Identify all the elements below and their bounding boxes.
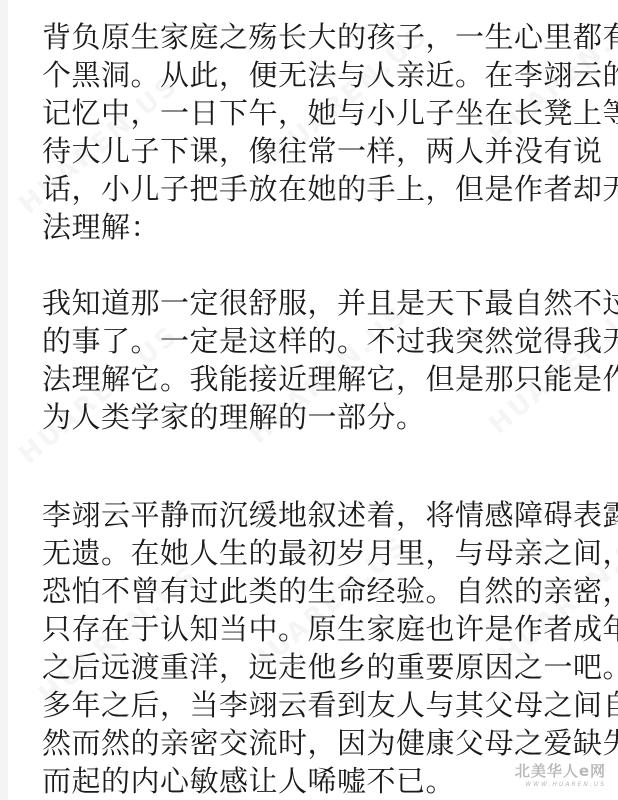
text-line: 之后远渡重洋，远走他乡的重要原因之一吧。	[42, 648, 602, 686]
paragraph-2-quote: 我知道那一定很舒服，并且是天下最自然不过 的事了。一定是这样的。不过我突然觉得我…	[42, 284, 602, 436]
text-line: 我知道那一定很舒服，并且是天下最自然不过	[42, 284, 602, 322]
text-line: 法理解它。我能接近理解它，但是那只能是作	[42, 360, 602, 398]
text-line: 为人类学家的理解的一部分。	[42, 398, 602, 436]
text-line: 李翊云平静而沉缓地叙述着，将情感障碍表露	[42, 496, 602, 534]
paragraph-gap	[42, 246, 602, 284]
text-line: 待大儿子下课，像往常一样，两人并没有说	[42, 132, 602, 170]
text-line: 无遗。在她人生的最初岁月里，与母亲之间，	[42, 534, 602, 572]
text-line: 然而然的亲密交流时，因为健康父母之爱缺失	[42, 724, 602, 762]
paragraph-gap	[42, 436, 602, 496]
text-line: 多年之后，当李翊云看到友人与其父母之间自	[42, 686, 602, 724]
brand-name: 北美华人e网	[515, 760, 606, 781]
article-body: 背负原生家庭之殇长大的孩子，一生心里都有 个黑洞。从此，便无法与人亲近。在李翊云…	[42, 0, 602, 800]
paragraph-3: 李翊云平静而沉缓地叙述着，将情感障碍表露 无遗。在她人生的最初岁月里，与母亲之间…	[42, 496, 602, 800]
text-line: 法理解：	[42, 208, 602, 246]
text-line: 个黑洞。从此，便无法与人亲近。在李翊云的	[42, 56, 602, 94]
paragraph-1: 背负原生家庭之殇长大的孩子，一生心里都有 个黑洞。从此，便无法与人亲近。在李翊云…	[42, 0, 602, 246]
left-margin-rule	[0, 0, 8, 800]
brand-url: WWW.HUAREN.US	[515, 781, 606, 788]
text-line: 背负原生家庭之殇长大的孩子，一生心里都有	[42, 18, 602, 56]
text-line: 只存在于认知当中。原生家庭也许是作者成年	[42, 610, 602, 648]
text-line: 的事了。一定是这样的。不过我突然觉得我无	[42, 322, 602, 360]
text-line: 记忆中，一日下午，她与小儿子坐在长凳上等	[42, 94, 602, 132]
text-line: 恐怕不曾有过此类的生命经验。自然的亲密，	[42, 572, 602, 610]
brand-watermark: 北美华人e网 WWW.HUAREN.US	[515, 760, 606, 788]
text-line: 话，小儿子把手放在她的手上，但是作者却无	[42, 170, 602, 208]
